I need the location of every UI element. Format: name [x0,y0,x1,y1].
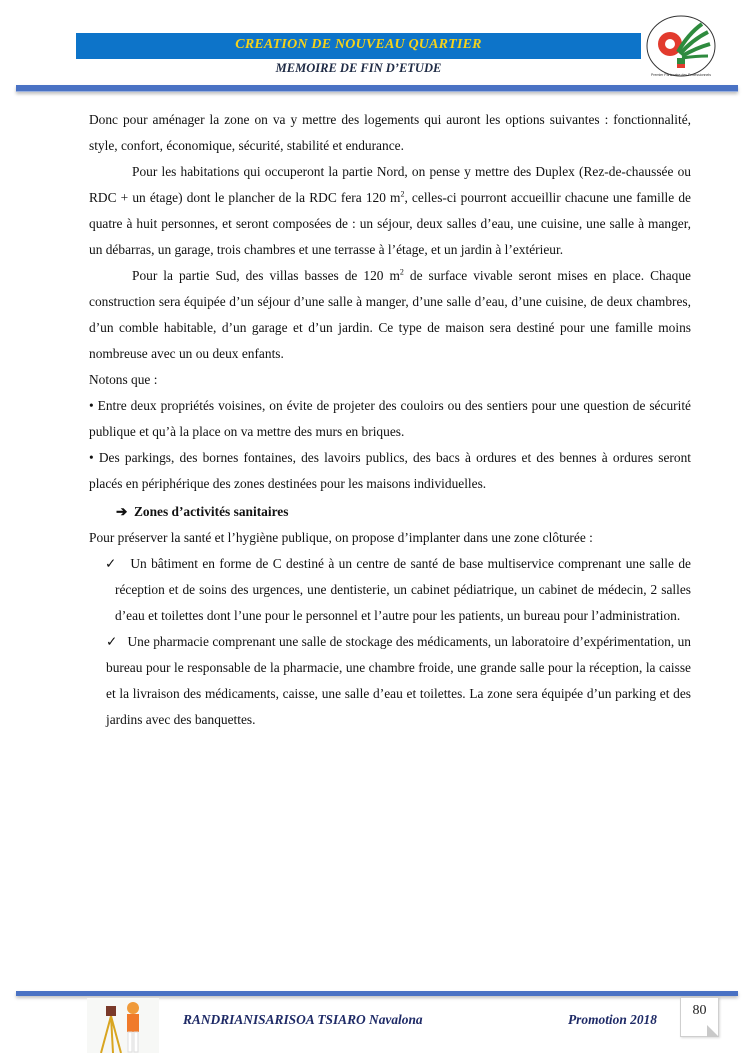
bullet-item: Entre deux propriétés voisines, on évite… [89,393,691,445]
checkmark-icon: ✓ [106,634,117,649]
paragraph-south: Pour la partie Sud, des villas basses de… [89,263,691,367]
school-logo-icon [640,14,722,82]
notons-label: Notons que : [89,367,691,393]
check-item-text: Une pharmacie comprenant une salle de st… [106,634,691,727]
page-number: 80 [680,997,719,1037]
intro-paragraph: Pour préserver la santé et l’hygiène pub… [89,525,691,551]
bullet-item: Des parkings, des bornes fontaines, des … [89,445,691,497]
page-number-text: 80 [693,1003,707,1018]
document-title: CREATION DE NOUVEAU QUARTIER [76,37,641,53]
check-item: ✓ Une pharmacie comprenant une salle de … [89,629,691,733]
header-banner: CREATION DE NOUVEAU QUARTIER [76,33,641,59]
document-body: Donc pour aménager la zone on va y mettr… [89,107,691,733]
author-name: RANDRIANISARISOA TSIARO Navalona [183,1012,423,1028]
arrow-right-icon: ➔ [116,504,127,519]
paragraph-north: Pour les habitations qui occuperont la p… [89,159,691,263]
document-subtitle: MEMOIRE DE FIN D’ETUDE [76,61,641,76]
page-curl-icon [707,1025,719,1037]
header-divider [16,85,738,92]
surveyor-illustration-icon [87,998,159,1053]
section-heading: ➔ Zones d’activités sanitaires [89,499,691,525]
checkmark-icon: ✓ [105,556,117,571]
promotion-label: Promotion 2018 [568,1012,657,1028]
check-item: ✓ Un bâtiment en forme de C destiné à un… [89,551,691,629]
paragraph: Donc pour aménager la zone on va y mettr… [89,107,691,159]
footer-divider [16,991,738,996]
check-item-text: Un bâtiment en forme de C destiné à un c… [115,556,691,623]
text-span: Pour la partie Sud, des villas basses de… [132,268,400,283]
section-heading-text: Zones d’activités sanitaires [134,504,288,519]
logo-caption: Premier Partenaire des Professionnels [640,73,722,77]
